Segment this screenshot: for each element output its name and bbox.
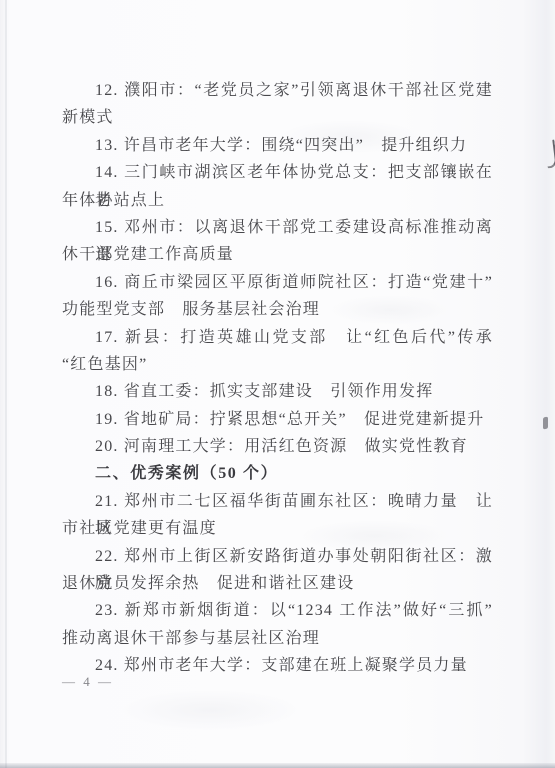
text-line: 15. 邓州市：以离退休干部党工委建设高标准推动离退 (62, 214, 493, 241)
text-line: 年体协站点上 (62, 187, 493, 214)
text-line: 17. 新县：打造英雄山党支部 让“红色后代”传承 (62, 324, 493, 351)
text-line: 市社区党建更有温度 (62, 515, 493, 542)
section-heading: 二、优秀案例（50 个） (62, 460, 493, 487)
text-line: 19. 省地矿局：拧紧思想“总开关” 促进党建新提升 (62, 406, 493, 433)
text-line: 14. 三门峡市湖滨区老年体协党总支：把支部镶嵌在老 (62, 159, 493, 186)
text-line: 18. 省直工委：抓实支部建设 引领作用发挥 (62, 378, 493, 405)
text-line: 退休党员发挥余热 促进和谐社区建设 (62, 570, 493, 597)
text-line: 休干部党建工作高质量 (62, 241, 493, 268)
text-line: 22. 郑州市上街区新安路街道办事处朝阳街社区：激励 (62, 543, 493, 570)
text-line: 16. 商丘市梁园区平原街道师院社区：打造“党建十” (62, 269, 493, 296)
page-bottom-edge-shadow (0, 763, 555, 768)
text-line: “红色基因” (62, 351, 493, 378)
text-line: 21. 郑州市二七区福华街苗圃东社区：晚晴力量 让城 (62, 488, 493, 515)
page-left-edge-shadow (5, 0, 7, 768)
document-text-block: 12. 濮阳市：“老党员之家”引领离退休干部社区党建新模式13. 许昌市老年大学… (62, 77, 493, 680)
text-line: 20. 河南理工大学：用活红色资源 做实党性教育 (62, 433, 493, 460)
text-line: 13. 许昌市老年大学：围绕“四突出” 提升组织力 (62, 132, 493, 159)
text-line: 新模式 (62, 104, 493, 131)
document-page: 12. 濮阳市：“老党员之家”引领离退休干部社区党建新模式13. 许昌市老年大学… (0, 0, 555, 768)
text-line: 23. 新郑市新烟街道：以“1234 工作法”做好“三抓” (62, 597, 493, 624)
ink-mark (543, 416, 548, 429)
page-number: — 4 — (62, 674, 114, 690)
text-line: 24. 郑州市老年大学：支部建在班上凝聚学员力量 (62, 652, 493, 679)
scan-smudge (120, 690, 300, 730)
text-line: 12. 濮阳市：“老党员之家”引领离退休干部社区党建 (62, 77, 493, 104)
text-line: 功能型党支部 服务基层社会治理 (62, 296, 493, 323)
ink-mark (544, 139, 555, 168)
text-line: 推动离退休干部参与基层社区治理 (62, 625, 493, 652)
